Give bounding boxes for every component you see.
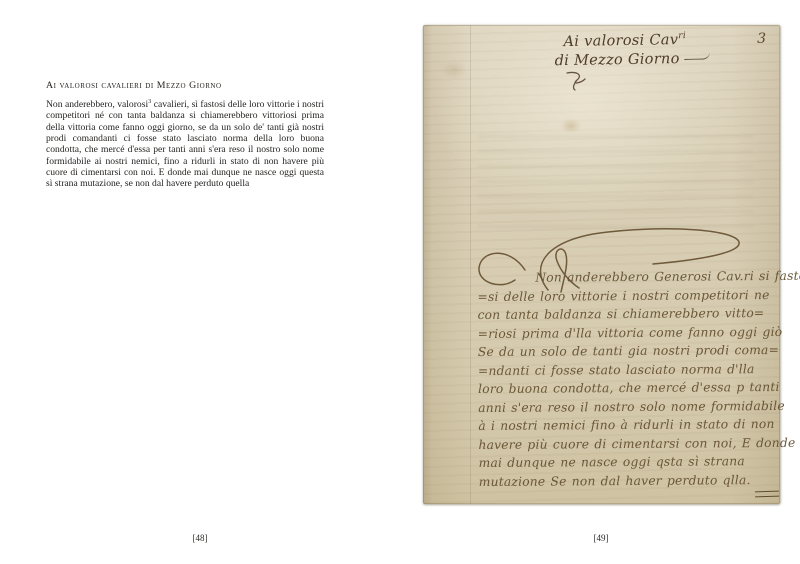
manuscript-header: Ai valorosi Cavri di Mezzo Giorno [515,30,736,72]
manuscript-header-superscript: ri [678,31,686,41]
book-spread: Ai valorosi cavalieri di Mezzo Giorno No… [0,0,800,564]
manuscript-line: Non anderebbero Generosi Cav.ri si fasto… [477,267,779,288]
manuscript-line: mai dunque ne nasce oggi qsta sì strana [479,452,781,473]
manuscript-body: Non anderebbero Generosi Cav.ri si fasto… [477,267,781,491]
paper-stain [561,119,581,133]
manuscript-folio-number: 3 [757,31,766,47]
manuscript-line: =si delle loro vittorie i nostri competi… [477,285,779,306]
manuscript-scan: 3 Ai valorosi Cavri di Mezzo Giorno Non … [423,25,780,504]
manuscript-header-line2: di Mezzo Giorno [529,49,735,72]
page-number-right: [49] [581,533,621,543]
manuscript-end-mark [755,491,779,498]
paragraph-text-before-note: Non anderebbero, valorosi [46,99,148,110]
manuscript-line: loro buona condotta, che mercé d'essa p … [478,378,780,399]
manuscript-line: Se da un solo de tanti gia nostri prodi … [478,341,780,362]
header-paraph-flourish [561,69,595,91]
manuscript-line: havere più cuore di cimentarsi con noi, … [478,433,780,454]
header-flourish-dash [684,52,710,60]
paper-stain [441,61,467,79]
manuscript-line: con tanta baldanza si chiamerebbero vitt… [477,304,779,325]
page-number-left: [48] [180,533,220,543]
manuscript-line: anni s'era reso il nostro solo nome form… [478,396,780,417]
printed-page-left: Ai valorosi cavalieri di Mezzo Giorno No… [46,80,324,190]
paragraph-text-after-note: cavalieri, sì fastosi delle loro vittori… [46,99,324,189]
manuscript-line: à i nostri nemici fino à ridurli in stat… [478,415,780,436]
chapter-heading: Ai valorosi cavalieri di Mezzo Giorno [46,80,324,91]
manuscript-line: =ndanti ci fosse stato lasciato norma d'… [478,359,780,380]
paper-fold-line [470,25,471,504]
manuscript-line: =riosi prima d'lla vittoria come fanno o… [478,322,780,343]
printed-paragraph: Non anderebbero, valorosi3 cavalieri, sì… [46,99,324,190]
manuscript-line: mutazione Se non dal haver perduto qlla. [479,470,781,491]
